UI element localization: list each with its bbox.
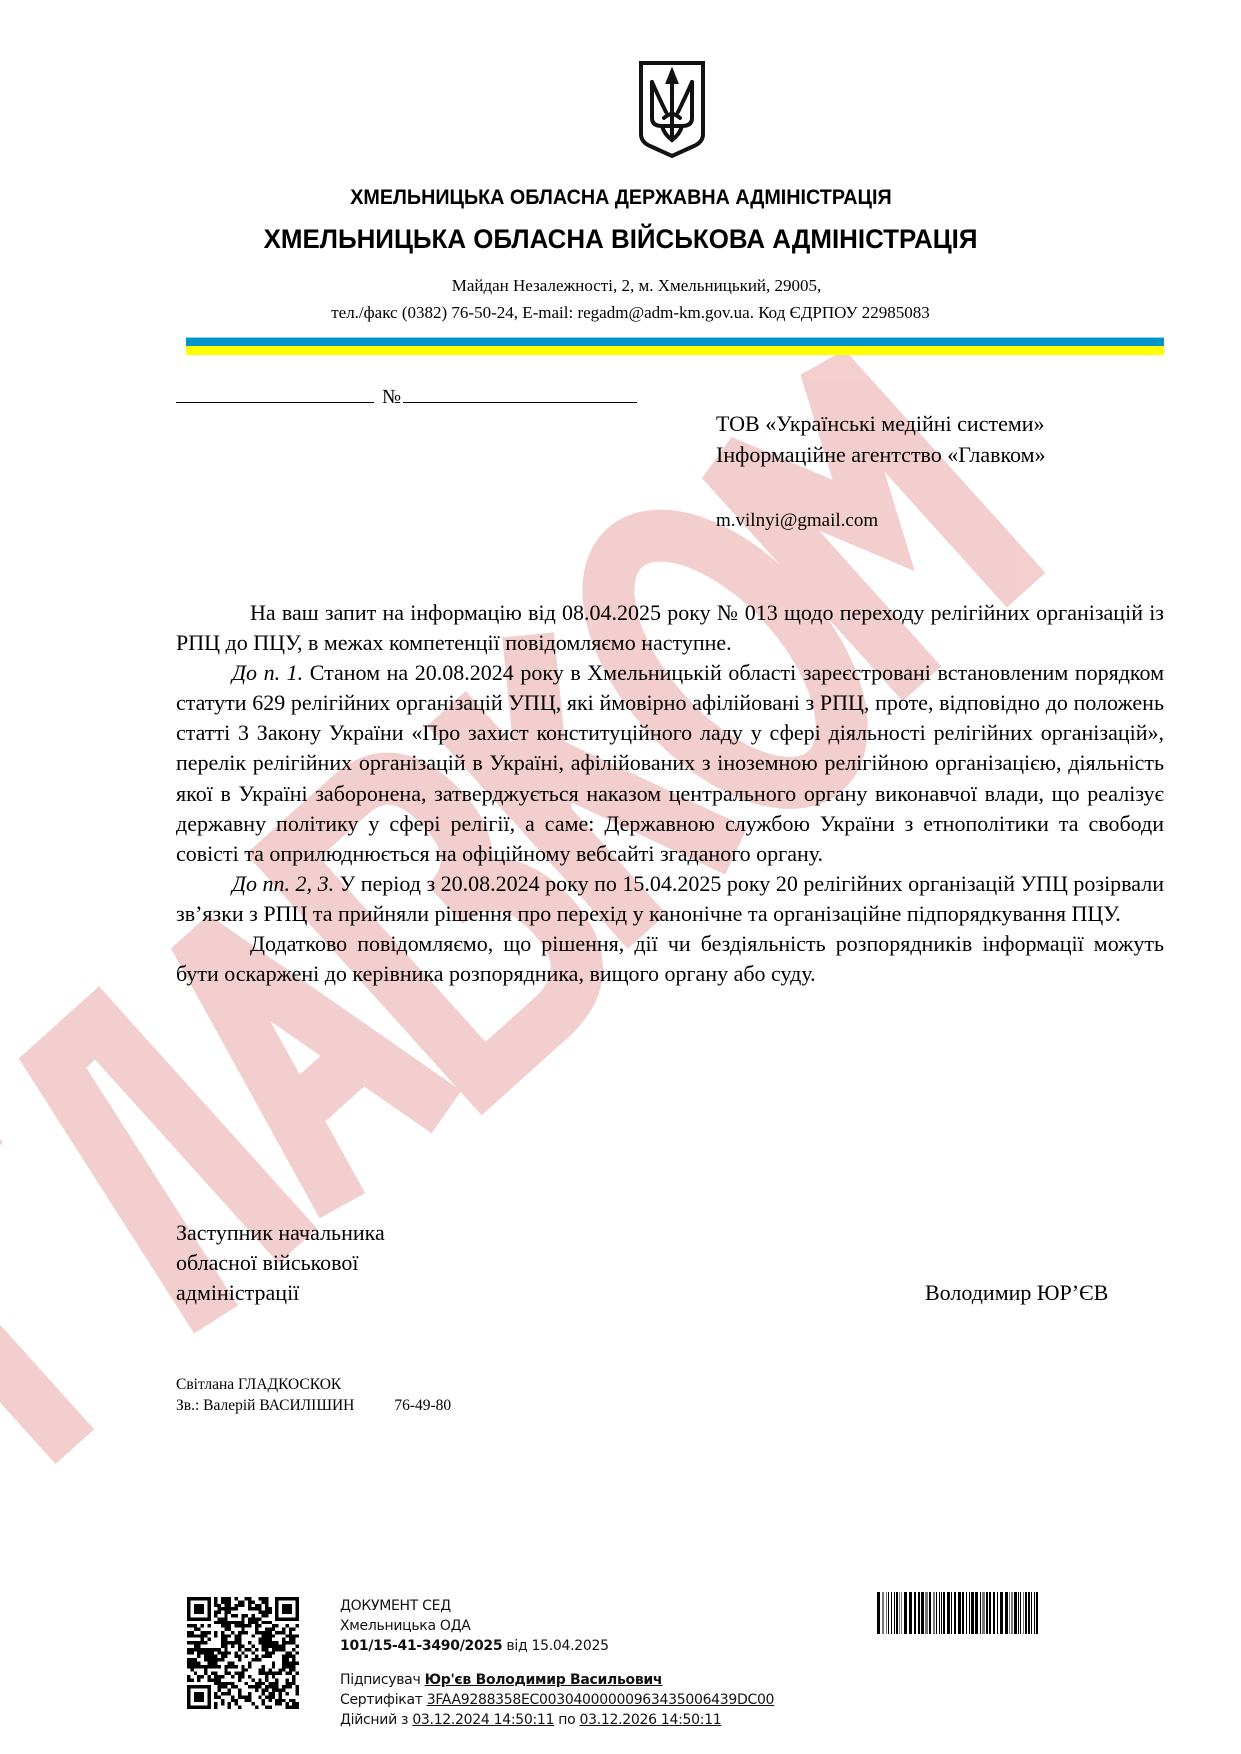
sed-title: ДОКУМЕНТ СЕД	[340, 1596, 774, 1616]
signer-name: Володимир ЮР’ЄВ	[925, 1278, 1108, 1308]
signer-position: Заступник начальника обласної військової…	[176, 1218, 385, 1308]
sed-cert-value: 3FAA9288358EC00304000000963435006439DC00	[427, 1692, 774, 1708]
item-1-text: Станом на 20.08.2024 року в Хмельницькій…	[176, 660, 1164, 866]
signer-position-line-3: адміністрації	[176, 1278, 385, 1308]
signer-position-line-1: Заступник начальника	[176, 1218, 385, 1248]
org-name-state-administration: ХМЕЛЬНИЦЬКА ОБЛАСНА ДЕРЖАВНА АДМІНІСТРАЦ…	[38, 186, 1205, 210]
sed-stamp: ДОКУМЕНТ СЕД Хмельницька ОДА 101/15-41-3…	[340, 1596, 774, 1730]
sed-validity-line: Дійсний з 03.12.2024 14:50:11 по 03.12.2…	[340, 1710, 774, 1730]
registration-date-blank	[176, 384, 374, 403]
executor-1: Світлана ГЛАДКОСКОК	[176, 1374, 451, 1395]
signer-position-line-2: обласної військової	[176, 1248, 385, 1278]
sed-valid-from: 03.12.2024 14:50:11	[412, 1712, 554, 1728]
executor-phone: 76-49-80	[394, 1397, 451, 1414]
sed-valid-label: Дійсний з	[340, 1712, 412, 1728]
org-name-military-administration: ХМЕЛЬНИЦЬКА ОБЛАСНА ВІЙСЬКОВА АДМІНІСТРА…	[25, 224, 1216, 255]
sed-doc-number: 101/15-41-3490/2025	[340, 1638, 502, 1654]
paragraph-items-2-3: До пп. 2, 3. У період з 20.08.2024 року …	[176, 869, 1164, 929]
sed-signer-line: Підписувач Юр'єв Володимир Васильович	[340, 1670, 774, 1690]
org-address: Майдан Незалежності, 2, м. Хмельницький,…	[16, 276, 1241, 296]
items-2-3-label: До пп. 2, 3.	[232, 871, 334, 896]
flag-blue-stripe	[186, 337, 1164, 346]
document-page: ХМЕЛЬНИЦЬКА ОБЛАСНА ДЕРЖАВНА АДМІНІСТРАЦ…	[0, 0, 1241, 1754]
executors-block: Світлана ГЛАДКОСКОК Зв.: Валерій ВАСИЛІШ…	[176, 1374, 451, 1416]
recipient-company: ТОВ «Українські медійні системи»	[716, 408, 1046, 439]
item-1-label: До п. 1.	[232, 660, 303, 685]
qr-code-icon	[187, 1597, 299, 1709]
sed-doc-number-line: 101/15-41-3490/2025 від 15.04.2025	[340, 1636, 774, 1656]
recipient-agency: Інформаційне агентство «Главком»	[716, 439, 1046, 470]
sed-valid-to-label: по	[554, 1712, 579, 1728]
barcode-icon	[875, 1592, 1040, 1634]
sed-signer-name: Юр'єв Володимир Васильович	[425, 1672, 663, 1688]
org-contacts: тел./факс (0382) 76-50-24, E-mail: regad…	[10, 303, 1241, 323]
sed-doc-date: 15.04.2025	[532, 1638, 609, 1654]
registration-line: №	[176, 384, 637, 409]
sed-cert-line: Сертифікат 3FAA9288358EC0030400000096343…	[340, 1690, 774, 1710]
flag-yellow-stripe	[186, 346, 1164, 355]
executor-2-line: Зв.: Валерій ВАСИЛІШИН76-49-80	[176, 1395, 451, 1416]
recipient-email: m.vilnyi@gmail.com	[716, 510, 878, 532]
sed-valid-to: 03.12.2026 14:50:11	[580, 1712, 722, 1728]
recipient-block: ТОВ «Українські медійні системи» Інформа…	[716, 408, 1046, 470]
number-sign: №	[382, 386, 401, 408]
paragraph-intro: На ваш запит на інформацію від 08.04.202…	[176, 598, 1164, 658]
executor-2: Зв.: Валерій ВАСИЛІШИН	[176, 1397, 354, 1414]
sed-cert-label: Сертифікат	[340, 1692, 427, 1708]
ukrainian-flag-divider	[186, 337, 1164, 355]
paragraph-appeal-notice: Додатково повідомляємо, що рішення, дії …	[176, 929, 1164, 989]
paragraph-item-1: До п. 1. Станом на 20.08.2024 року в Хме…	[176, 658, 1164, 869]
sed-date-prefix: від	[502, 1638, 531, 1654]
sed-signer-label: Підписувач	[340, 1672, 425, 1688]
letter-body: На ваш запит на інформацію від 08.04.202…	[176, 598, 1164, 989]
registration-number-blank	[403, 384, 637, 403]
sed-org: Хмельницька ОДА	[340, 1616, 774, 1636]
trident-coat-of-arms-icon	[638, 60, 706, 158]
